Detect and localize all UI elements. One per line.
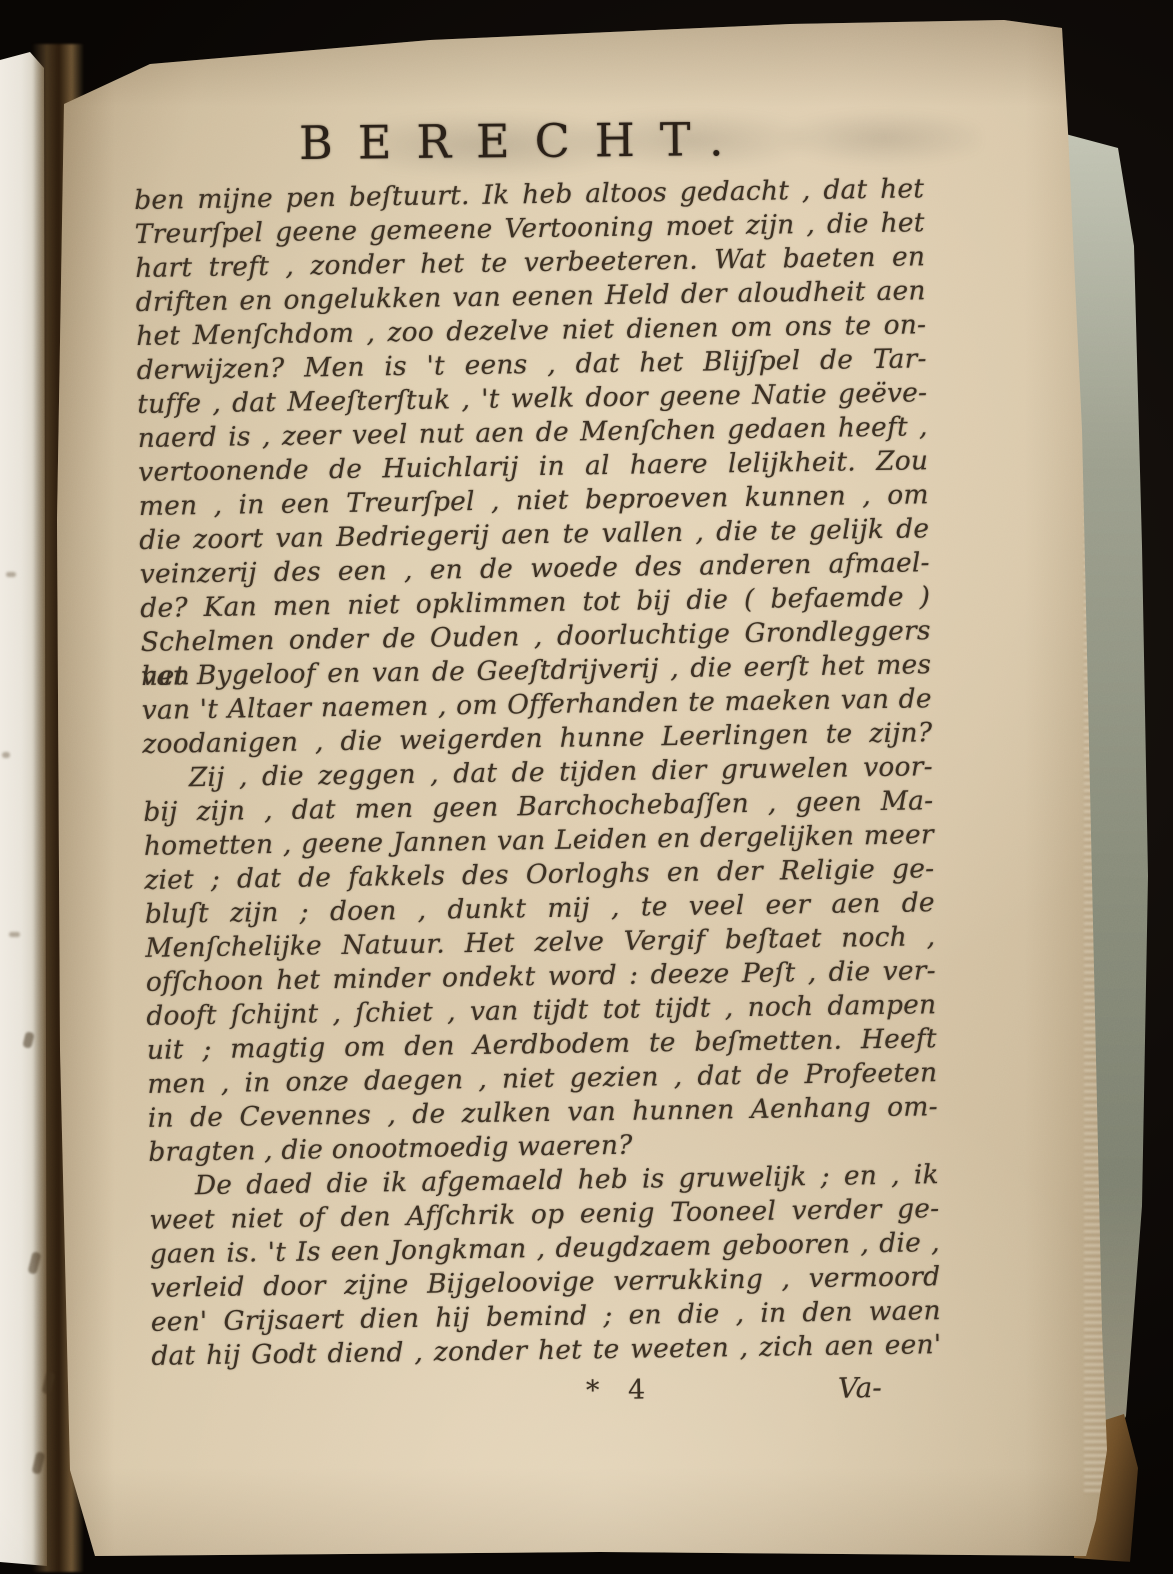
- show-through-mark: [6, 572, 16, 577]
- page-footer: * 4 Va-: [152, 1370, 943, 1426]
- text-block: ben mijne pen beſtuurt. Ik heb altoos ge…: [134, 172, 942, 1426]
- book-page: BERECHT. ben mijne pen beſtuurt. Ik heb …: [40, 14, 1110, 1560]
- show-through-mark: [9, 932, 20, 937]
- text-lines: ben mijne pen beſtuurt. Ik heb altoos ge…: [134, 172, 942, 1374]
- show-through-mark: [2, 752, 10, 758]
- book-photo: BERECHT. ben mijne pen beſtuurt. Ik heb …: [0, 0, 1173, 1574]
- page-title: BERECHT.: [299, 114, 749, 169]
- signature-mark: * 4: [586, 1374, 656, 1406]
- catchword: Va-: [838, 1371, 882, 1405]
